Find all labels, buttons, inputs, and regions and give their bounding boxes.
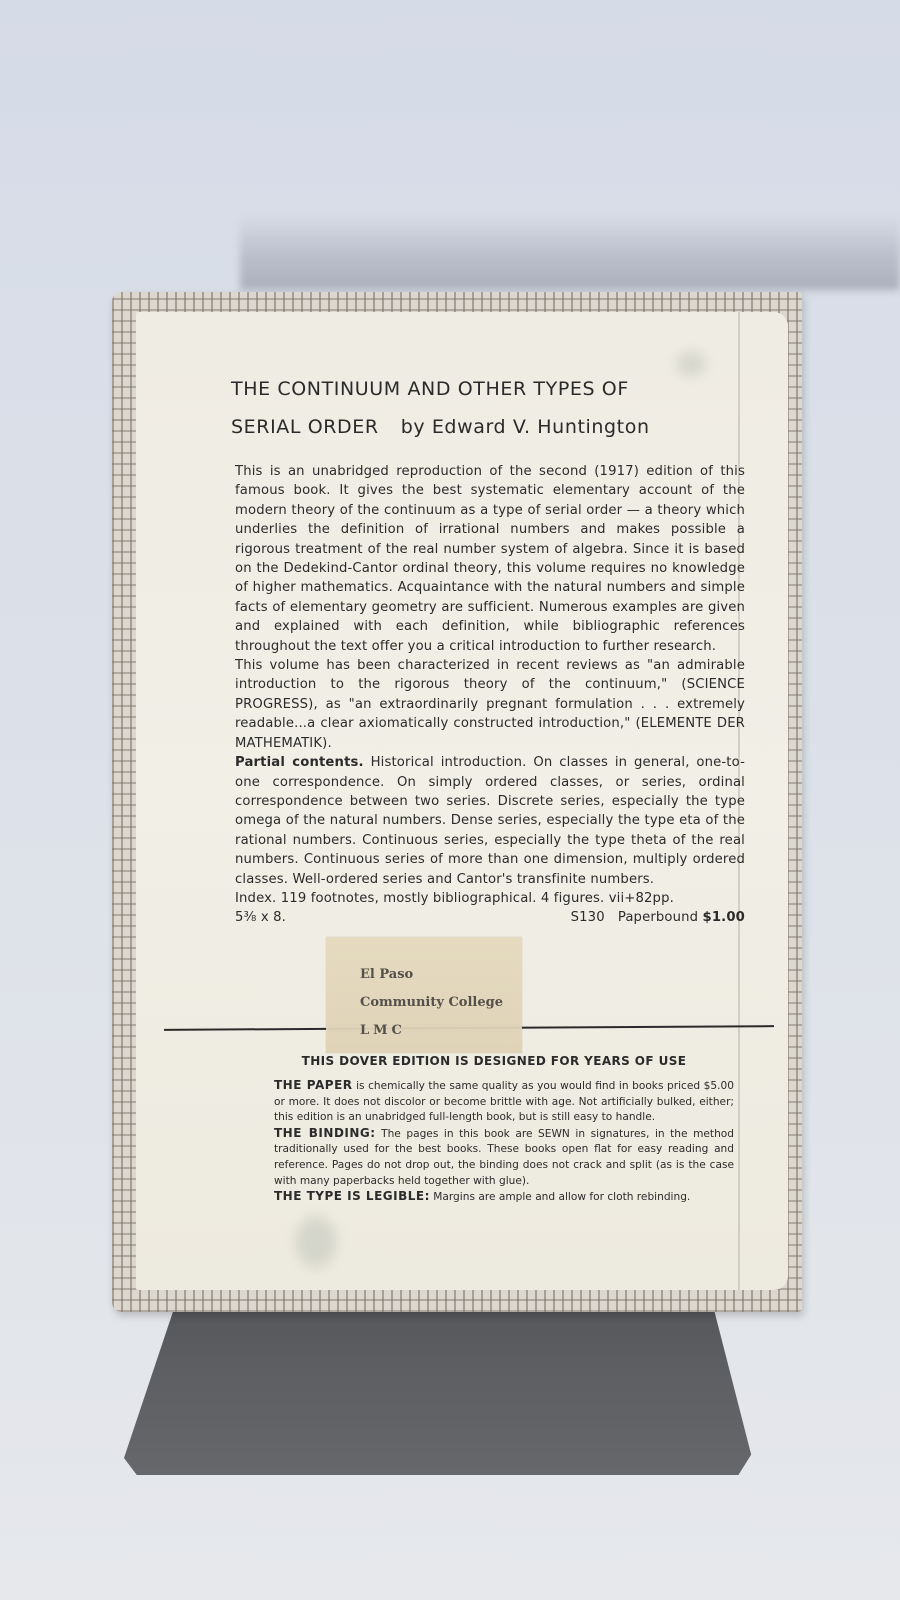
title-line-2: SERIAL ORDER [231, 416, 379, 438]
book-title: THE CONTINUUM AND OTHER TYPES OF SERIAL … [231, 370, 650, 446]
author: by Edward V. Huntington [401, 416, 650, 438]
library-label-line-3: LMC [360, 1017, 522, 1045]
binding-label: Paperbound [618, 910, 698, 925]
notice-type-label: THE TYPE IS LEGIBLE: [274, 1189, 430, 1203]
stain [676, 352, 706, 376]
partial-contents: Partial contents. Historical introductio… [235, 753, 745, 889]
partial-contents-text: Historical introduction. On classes in g… [235, 755, 745, 886]
catalog-number: S130 [571, 910, 605, 925]
notice-paper-label: THE PAPER [274, 1078, 353, 1092]
price-line: 5⅜ x 8. S130 Paperbound $1.00 [235, 908, 745, 927]
notice-binding-label: THE BINDING: [274, 1126, 376, 1140]
price-block: S130 Paperbound $1.00 [571, 908, 745, 927]
stain [296, 1217, 336, 1267]
notice-binding: THE BINDING: The pages in this book are … [274, 1126, 734, 1189]
reviews-paragraph: This volume has been characterized in re… [235, 656, 745, 753]
partial-contents-label: Partial contents. [235, 755, 364, 770]
book-specs: Index. 119 footnotes, mostly bibliograph… [235, 889, 745, 908]
cover-panel: THE CONTINUUM AND OTHER TYPES OF SERIAL … [136, 312, 788, 1290]
dover-notice-heading: THIS DOVER EDITION IS DESIGNED FOR YEARS… [254, 1054, 734, 1068]
book-description: This is an unabridged reproduction of th… [235, 462, 745, 928]
price: $1.00 [703, 910, 745, 925]
library-label-line-2: Community College [360, 989, 522, 1017]
notice-type: THE TYPE IS LEGIBLE: Margins are ample a… [274, 1189, 734, 1206]
dover-notice: THIS DOVER EDITION IS DESIGNED FOR YEARS… [274, 1054, 734, 1206]
description-paragraph: This is an unabridged reproduction of th… [235, 462, 745, 656]
library-label: El Paso Community College LMC [326, 937, 522, 1053]
title-line-1: THE CONTINUUM AND OTHER TYPES OF [231, 370, 650, 408]
library-label-line-1: El Paso [360, 961, 522, 989]
notice-paper: THE PAPER is chemically the same quality… [274, 1078, 734, 1126]
book-size: 5⅜ x 8. [235, 908, 286, 927]
notice-type-text: Margins are ample and allow for cloth re… [430, 1191, 690, 1203]
book-stand [124, 1305, 764, 1475]
background-shadow [240, 215, 900, 290]
book-back-cover: THE CONTINUUM AND OTHER TYPES OF SERIAL … [112, 292, 802, 1312]
